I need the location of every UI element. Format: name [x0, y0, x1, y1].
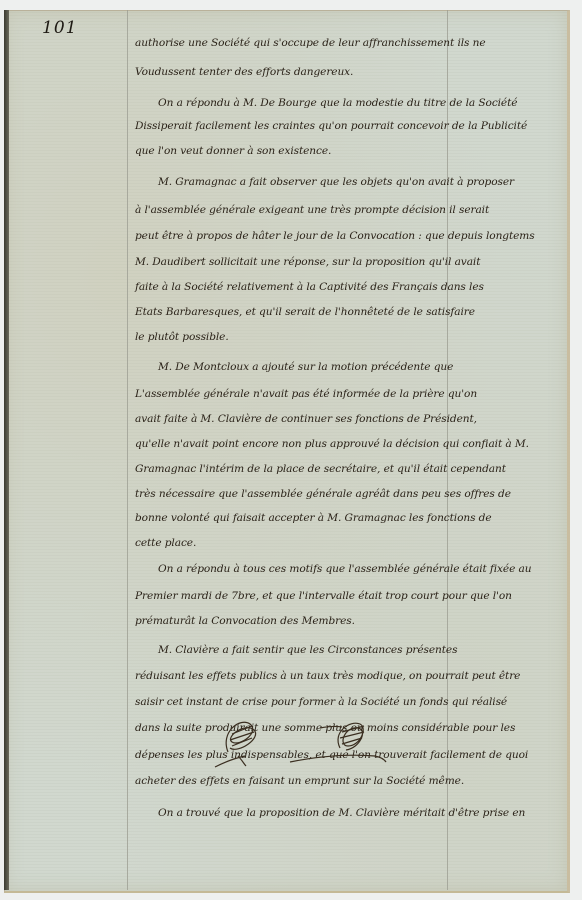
text-line: réduisant les effets publics à un taux t…: [135, 670, 565, 682]
text-line: M. Gramagnac a fait observer que les obj…: [158, 176, 582, 188]
text-line: cette place.: [135, 537, 565, 549]
text-line: Dissiperait facilement les craintes qu'o…: [135, 120, 565, 132]
signature-paraphe-1-icon: [210, 712, 290, 772]
text-line: faite à la Société relativement à la Cap…: [135, 281, 565, 293]
text-line: L'assemblée générale n'avait pas été inf…: [135, 388, 565, 400]
text-line: Voudussent tenter des efforts dangereux.: [135, 66, 565, 78]
text-line: que l'on veut donner à son existence.: [135, 145, 565, 157]
binding-spine: [4, 10, 9, 890]
signature-paraphe-2-icon: [280, 712, 390, 772]
page-number: 101: [42, 18, 77, 38]
text-line: M. De Montcloux a ajouté sur la motion p…: [158, 361, 582, 373]
text-line: peut être à propos de hâter le jour de l…: [135, 230, 565, 242]
text-line: M. Daudibert sollicitait une réponse, su…: [135, 256, 565, 268]
text-line: qu'elle n'avait point encore non plus ap…: [135, 438, 565, 450]
text-line: saisir cet instant de crise pour former …: [135, 696, 565, 708]
text-line: le plutôt possible.: [135, 331, 565, 343]
text-line: très nécessaire que l'assemblée générale…: [135, 488, 565, 500]
text-line: à l'assemblée générale exigeant une très…: [135, 204, 565, 216]
text-line: Premier mardi de 7bre, et que l'interval…: [135, 590, 565, 602]
text-line: avait faite à M. Clavière de continuer s…: [135, 413, 565, 425]
text-line: Gramagnac l'intérim de la place de secré…: [135, 463, 565, 475]
text-line: prématurât la Convocation des Membres.: [135, 615, 565, 627]
text-line: acheter des effets en faisant un emprunt…: [135, 775, 565, 787]
text-line: Etats Barbaresques, et qu'il serait de l…: [135, 306, 565, 318]
text-line: On a répondu à M. De Bourge que la modes…: [158, 97, 582, 109]
text-line: bonne volonté qui faisait accepter à M. …: [135, 512, 565, 524]
text-line: On a trouvé que la proposition de M. Cla…: [158, 807, 582, 819]
text-line: On a répondu à tous ces motifs que l'ass…: [158, 563, 582, 575]
left-margin-rule: [127, 10, 128, 890]
text-line: M. Clavière a fait sentir que les Circon…: [158, 644, 582, 656]
text-line: authorise une Société qui s'occupe de le…: [135, 37, 565, 49]
